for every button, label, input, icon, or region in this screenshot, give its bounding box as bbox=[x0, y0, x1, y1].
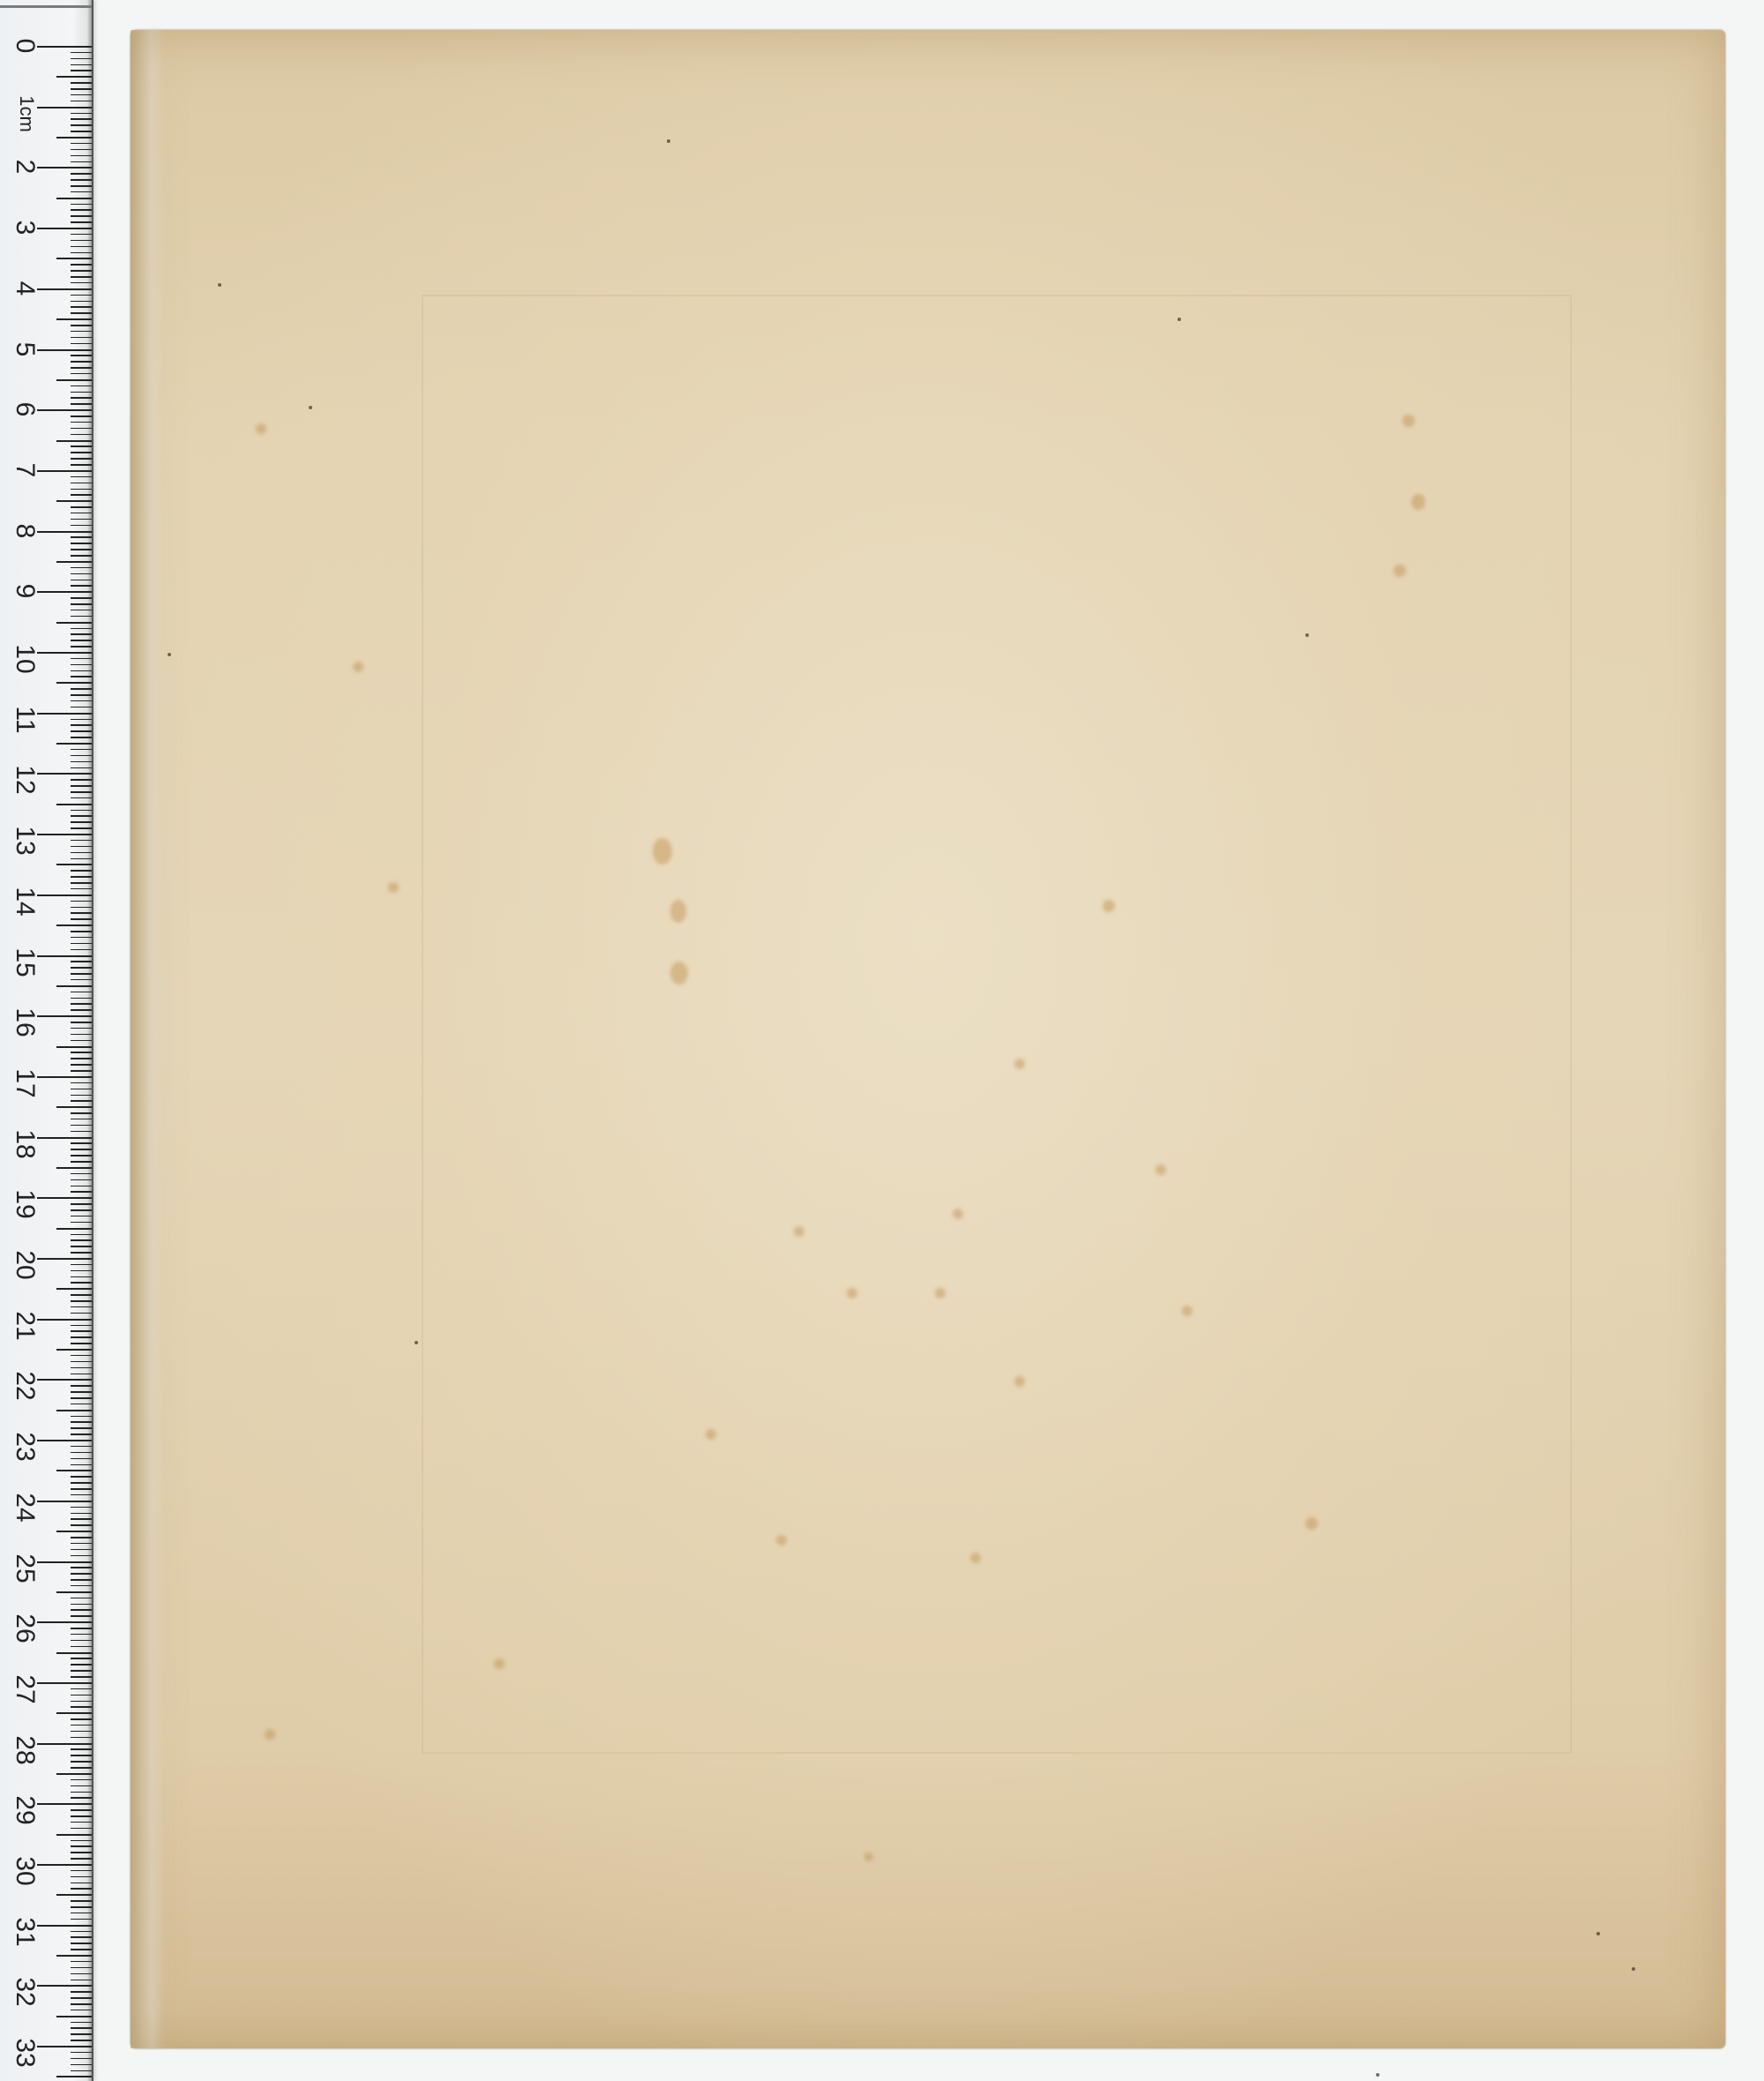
ruler-tick bbox=[71, 1936, 92, 1938]
ruler-tick bbox=[71, 536, 92, 538]
ruler-tick bbox=[71, 1125, 92, 1127]
ruler-tick bbox=[71, 1852, 92, 1853]
ruler-tick bbox=[37, 1682, 92, 1684]
ruler-tick bbox=[71, 1628, 92, 1629]
ruler-tick bbox=[56, 2076, 92, 2077]
ruler-tick bbox=[71, 840, 92, 842]
ruler-tick bbox=[37, 288, 92, 290]
ruler-tick bbox=[71, 204, 92, 206]
ruler-tick bbox=[71, 1089, 92, 1090]
ruler-tick bbox=[71, 1385, 92, 1387]
ruler-tick bbox=[71, 1336, 92, 1338]
ruler-label: 29 bbox=[11, 1793, 38, 1828]
ruler-tick bbox=[71, 173, 92, 175]
ruler-tick bbox=[71, 1446, 92, 1448]
ruler-tick bbox=[71, 506, 92, 508]
foxing-spot bbox=[1305, 1517, 1318, 1530]
ruler-tick bbox=[56, 1349, 92, 1351]
foxing-spot bbox=[653, 838, 672, 865]
ruler-tick bbox=[71, 519, 92, 520]
ruler-tick bbox=[71, 1688, 92, 1690]
ruler-label: 23 bbox=[11, 1429, 38, 1464]
ruler-tick bbox=[71, 1567, 92, 1568]
speck bbox=[1596, 1932, 1600, 1935]
ruler-label: 3 bbox=[11, 210, 38, 245]
ruler-tick bbox=[71, 52, 92, 54]
ruler-tick bbox=[71, 1706, 92, 1708]
ruler-tick bbox=[71, 1343, 92, 1344]
ruler-tick bbox=[71, 1913, 92, 1914]
ruler-tick bbox=[71, 1513, 92, 1515]
ruler-tick bbox=[71, 628, 92, 630]
ruler-tick bbox=[37, 1985, 92, 1987]
ruler-tick bbox=[71, 1421, 92, 1423]
ruler-label: 0 bbox=[11, 28, 38, 64]
ruler-tick bbox=[71, 234, 92, 236]
ruler-tick bbox=[71, 131, 92, 132]
ruler-tick bbox=[71, 1755, 92, 1756]
ruler-tick bbox=[71, 1155, 92, 1157]
ruler-tick bbox=[71, 616, 92, 618]
ruler-tick bbox=[71, 1537, 92, 1538]
ruler-tick bbox=[71, 1518, 92, 1520]
foxing-spot bbox=[353, 662, 363, 672]
ruler-tick bbox=[71, 82, 92, 84]
speck bbox=[1305, 633, 1309, 637]
foxing-spot bbox=[935, 1288, 946, 1299]
ruler-tick bbox=[37, 531, 92, 533]
ruler-tick bbox=[71, 1664, 92, 1666]
ruler-tick bbox=[56, 1288, 92, 1290]
ruler-tick bbox=[71, 2022, 92, 2024]
ruler-tick bbox=[71, 907, 92, 909]
ruler-label: 27 bbox=[11, 1672, 38, 1707]
ruler-tick bbox=[71, 1967, 92, 1969]
ruler-tick bbox=[71, 1052, 92, 1053]
ruler-label: 8 bbox=[11, 513, 38, 549]
ruler-tick bbox=[71, 1416, 92, 1418]
ruler-tick bbox=[71, 458, 92, 460]
ruler-tick bbox=[71, 295, 92, 296]
ruler-tick bbox=[71, 1609, 92, 1611]
ruler-tick bbox=[71, 1100, 92, 1102]
ruler-label: 12 bbox=[11, 762, 38, 797]
speck bbox=[1632, 1967, 1635, 1971]
ruler-tick bbox=[71, 331, 92, 333]
ruler-tick bbox=[71, 1404, 92, 1405]
ruler-tick bbox=[56, 1228, 92, 1230]
ruler-tick bbox=[37, 652, 92, 654]
ruler-tick bbox=[71, 513, 92, 514]
ruler-tick bbox=[71, 1234, 92, 1236]
ruler-tick bbox=[37, 1379, 92, 1381]
foxing-spot bbox=[1402, 415, 1415, 427]
ruler-tick bbox=[71, 1058, 92, 1059]
ruler-tick bbox=[56, 1712, 92, 1714]
ruler-tick bbox=[71, 1876, 92, 1878]
ruler-tick bbox=[37, 1197, 92, 1199]
ruler-tick bbox=[71, 2058, 92, 2060]
ruler-tick bbox=[71, 445, 92, 447]
ruler-tick bbox=[71, 1767, 92, 1769]
foxing-spot bbox=[1394, 565, 1406, 577]
ruler-label: 22 bbox=[11, 1368, 38, 1404]
ruler-tick bbox=[71, 191, 92, 193]
ruler-tick bbox=[56, 76, 92, 78]
ruler-tick bbox=[71, 870, 92, 872]
ruler-tick bbox=[71, 1325, 92, 1327]
ruler-tick bbox=[71, 306, 92, 308]
speck bbox=[415, 1341, 418, 1344]
foxing-spot bbox=[1411, 494, 1425, 510]
ruler-tick bbox=[71, 373, 92, 375]
ruler-tick bbox=[71, 58, 92, 60]
ruler-tick bbox=[71, 670, 92, 672]
ruler-tick bbox=[71, 961, 92, 962]
foxing-spot bbox=[1014, 1376, 1025, 1387]
ruler-tick bbox=[37, 955, 92, 957]
ruler-tick bbox=[71, 912, 92, 914]
ruler-tick bbox=[71, 1294, 92, 1296]
ruler-tick bbox=[71, 646, 92, 648]
ruler-tick bbox=[71, 688, 92, 690]
ruler-tick bbox=[37, 1137, 92, 1139]
ruler-tick bbox=[71, 761, 92, 763]
ruler-tick bbox=[71, 737, 92, 738]
ruler-label: 30 bbox=[11, 1853, 38, 1889]
ruler-label: 18 bbox=[11, 1127, 38, 1162]
foxing-spot bbox=[256, 423, 266, 434]
ruler-tick bbox=[71, 1082, 92, 1084]
ruler-tick bbox=[71, 567, 92, 569]
ruler-tick bbox=[71, 1186, 92, 1187]
ruler-tick bbox=[71, 937, 92, 939]
ruler-tick bbox=[71, 337, 92, 339]
ruler-tick bbox=[71, 694, 92, 696]
ruler-tick bbox=[71, 549, 92, 550]
ruler-tick bbox=[37, 1925, 92, 1927]
ruler-tick bbox=[71, 276, 92, 278]
ruler-tick bbox=[71, 1961, 92, 1963]
ruler-tick bbox=[71, 730, 92, 732]
ruler-tick bbox=[37, 228, 92, 229]
ruler-tick bbox=[71, 1161, 92, 1163]
ruler-tick bbox=[71, 1858, 92, 1860]
ruler-tick bbox=[71, 88, 92, 90]
ruler-tick bbox=[37, 1621, 92, 1623]
ruler-tick bbox=[37, 167, 92, 168]
ruler-tick bbox=[71, 918, 92, 920]
ruler-tick bbox=[71, 1718, 92, 1720]
ruler-tick bbox=[56, 804, 92, 805]
ruler-tick bbox=[71, 1640, 92, 1642]
speck bbox=[667, 139, 670, 143]
ruler-tick bbox=[71, 1300, 92, 1302]
ruler-tick bbox=[71, 367, 92, 369]
ruler-label: 31 bbox=[11, 1914, 38, 1950]
ruler-tick bbox=[71, 312, 92, 314]
ruler-tick bbox=[71, 221, 92, 223]
ruler-tick bbox=[71, 1845, 92, 1847]
ruler-tick bbox=[71, 603, 92, 605]
ruler-tick bbox=[71, 1028, 92, 1029]
ruler-tick bbox=[71, 1797, 92, 1799]
ruler-tick bbox=[71, 70, 92, 71]
ruler-tick bbox=[71, 355, 92, 356]
ruler-tick bbox=[71, 2064, 92, 2066]
ruler-tick bbox=[71, 415, 92, 417]
ruler-label: 14 bbox=[11, 884, 38, 919]
ruler-tick bbox=[71, 1761, 92, 1763]
ruler-tick bbox=[71, 483, 92, 484]
ruler-tick bbox=[37, 1501, 92, 1502]
ruler-tick bbox=[37, 773, 92, 775]
ruler-tick bbox=[71, 428, 92, 430]
ruler-tick bbox=[56, 2016, 92, 2017]
ruler-tick bbox=[56, 1652, 92, 1654]
ruler-tick bbox=[71, 118, 92, 120]
ruler-tick bbox=[71, 215, 92, 217]
ruler-tick bbox=[71, 1433, 92, 1435]
ruler-label: 26 bbox=[11, 1611, 38, 1646]
ruler-tick bbox=[71, 1367, 92, 1369]
ruler-tick bbox=[56, 1410, 92, 1411]
ruler-tick bbox=[71, 1306, 92, 1308]
ruler-tick bbox=[71, 392, 92, 393]
ruler-tick bbox=[71, 2027, 92, 2029]
ruler-tick bbox=[71, 1040, 92, 1042]
ruler-tick bbox=[71, 1488, 92, 1490]
ruler-tick bbox=[71, 525, 92, 527]
ruler-label: 32 bbox=[11, 1974, 38, 2010]
ruler-tick bbox=[71, 749, 92, 751]
speck bbox=[1177, 318, 1181, 321]
show-through-plate-mark bbox=[422, 295, 1572, 1754]
ruler-tick bbox=[71, 1615, 92, 1617]
ruler-tick bbox=[71, 1270, 92, 1272]
ruler-tick bbox=[71, 2010, 92, 2011]
ruler-label: 20 bbox=[11, 1247, 38, 1283]
ruler-tick bbox=[71, 1888, 92, 1890]
ruler-tick bbox=[71, 161, 92, 163]
ruler-tick bbox=[71, 992, 92, 993]
foxing-spot bbox=[265, 1729, 275, 1740]
ruler-tick bbox=[71, 2052, 92, 2054]
ruler-label: 1cm bbox=[13, 87, 40, 140]
ruler-tick bbox=[71, 1458, 92, 1460]
ruler-tick bbox=[71, 1452, 92, 1454]
ruler-tick bbox=[71, 1543, 92, 1545]
ruler-tick bbox=[71, 658, 92, 660]
foxing-spot bbox=[494, 1658, 505, 1669]
ruler-tick bbox=[56, 198, 92, 199]
ruler-tick bbox=[56, 440, 92, 442]
ruler-tick bbox=[37, 591, 92, 593]
ruler-label: 2 bbox=[11, 149, 38, 184]
foxing-spot bbox=[1182, 1306, 1192, 1316]
ruler-label: 16 bbox=[11, 1005, 38, 1040]
ruler-tick bbox=[71, 888, 92, 890]
ruler-tick bbox=[71, 724, 92, 726]
ruler-tick bbox=[71, 452, 92, 453]
ruler-tick bbox=[71, 209, 92, 211]
ruler-tick bbox=[71, 1034, 92, 1036]
ruler-label: 6 bbox=[11, 392, 38, 427]
ruler-tick bbox=[71, 1792, 92, 1793]
ruler-tick bbox=[71, 1203, 92, 1205]
ruler-tick bbox=[71, 876, 92, 878]
ruler-tick bbox=[37, 1076, 92, 1078]
ruler-tick bbox=[56, 743, 92, 745]
foxing-spot bbox=[670, 900, 686, 923]
ruler-tick bbox=[71, 755, 92, 757]
ruler-tick bbox=[71, 1573, 92, 1575]
ruler-tick bbox=[56, 1894, 92, 1896]
ruler-tick bbox=[56, 1591, 92, 1593]
ruler-tick bbox=[71, 301, 92, 303]
ruler-tick bbox=[71, 555, 92, 557]
ruler-tick bbox=[71, 1524, 92, 1526]
ruler-tick bbox=[71, 1828, 92, 1830]
ruler-tick bbox=[71, 1900, 92, 1902]
speck bbox=[218, 283, 221, 287]
ruler-tick bbox=[71, 640, 92, 641]
ruler-tick bbox=[71, 1997, 92, 1999]
foxing-spot bbox=[953, 1209, 963, 1219]
ruler-tick bbox=[71, 931, 92, 932]
ruler-tick bbox=[71, 361, 92, 363]
ruler-tick bbox=[37, 470, 92, 472]
ruler-tick bbox=[71, 2033, 92, 2035]
ruler-tick bbox=[71, 1209, 92, 1211]
ruler-tick bbox=[71, 779, 92, 781]
ruler-tick bbox=[71, 810, 92, 812]
ruler-tick bbox=[71, 1973, 92, 1975]
ruler-tick bbox=[71, 1149, 92, 1150]
ruler-tick bbox=[71, 852, 92, 854]
ruler-tick bbox=[71, 2040, 92, 2041]
ruler-tick bbox=[71, 979, 92, 981]
ruler-tick bbox=[71, 434, 92, 436]
ruler-tick bbox=[71, 1276, 92, 1278]
ruler-tick bbox=[71, 1264, 92, 1266]
ruler-tick bbox=[71, 973, 92, 975]
ruler-tick bbox=[56, 924, 92, 926]
ruler-tick bbox=[56, 864, 92, 865]
ruler-tick bbox=[71, 597, 92, 599]
ruler-tick bbox=[71, 343, 92, 345]
ruler-tick bbox=[71, 1507, 92, 1508]
speck bbox=[309, 406, 312, 409]
ruler-tick bbox=[71, 1313, 92, 1314]
ruler-tick bbox=[37, 1743, 92, 1745]
ruler-tick bbox=[71, 1119, 92, 1120]
ruler-tick bbox=[71, 827, 92, 829]
ruler-tick bbox=[71, 246, 92, 248]
ruler-tick bbox=[71, 1361, 92, 1363]
ruler-tick bbox=[71, 1991, 92, 1993]
ruler-tick bbox=[71, 580, 92, 581]
ruler-tick bbox=[71, 124, 92, 126]
ruler-tick bbox=[37, 1015, 92, 1017]
ruler-tick bbox=[71, 1949, 92, 1950]
ruler-tick bbox=[37, 713, 92, 715]
ruler-tick bbox=[71, 2003, 92, 2005]
foxing-spot bbox=[794, 1226, 804, 1237]
foxing-spot bbox=[776, 1535, 787, 1546]
ruler-tick bbox=[56, 1773, 92, 1775]
ruler-tick bbox=[71, 943, 92, 945]
ruler-tick bbox=[56, 318, 92, 320]
ruler-tick bbox=[71, 1330, 92, 1332]
ruler-tick bbox=[71, 949, 92, 951]
ruler-tick bbox=[71, 155, 92, 157]
ruler-tick bbox=[71, 1785, 92, 1787]
ruler-tick bbox=[37, 1319, 92, 1321]
ruler-tick bbox=[71, 94, 92, 96]
ruler-label: 21 bbox=[11, 1308, 38, 1344]
ruler-tick bbox=[71, 464, 92, 466]
ruler-top-edge bbox=[0, 5, 92, 8]
ruler-tick bbox=[37, 1864, 92, 1866]
ruler-tick bbox=[71, 767, 92, 769]
ruler-tick bbox=[71, 700, 92, 702]
foxing-spot bbox=[1102, 900, 1115, 912]
foxing-spot bbox=[388, 882, 399, 893]
ruler-tick bbox=[71, 264, 92, 266]
ruler-tick bbox=[37, 1803, 92, 1805]
ruler-tick bbox=[71, 1731, 92, 1733]
foxing-spot bbox=[1155, 1164, 1166, 1175]
ruler-tick bbox=[71, 785, 92, 787]
ruler-tick bbox=[71, 185, 92, 187]
ruler-tick bbox=[56, 1834, 92, 1836]
ruler-tick bbox=[71, 707, 92, 708]
ruler-tick bbox=[71, 1391, 92, 1393]
ruler-tick bbox=[71, 1822, 92, 1823]
ruler-tick bbox=[71, 1482, 92, 1484]
ruler-tick bbox=[56, 622, 92, 624]
ruler-tick bbox=[71, 1646, 92, 1648]
ruler-tick bbox=[71, 1476, 92, 1478]
ruler-tick bbox=[71, 1676, 92, 1678]
ruler-tick bbox=[71, 386, 92, 387]
ruler-tick bbox=[56, 379, 92, 381]
ruler-tick bbox=[37, 2046, 92, 2047]
ruler-tick bbox=[71, 1397, 92, 1399]
ruler-label: 7 bbox=[11, 453, 38, 488]
ruler-tick bbox=[71, 1883, 92, 1884]
ruler-tick bbox=[71, 664, 92, 666]
ruler-tick bbox=[71, 1585, 92, 1587]
ruler-tick bbox=[56, 1470, 92, 1471]
ruler-tick bbox=[37, 409, 92, 411]
ruler-tick bbox=[71, 676, 92, 677]
measuring-ruler: 01cm234567891011121314151617181920212223… bbox=[0, 0, 93, 2081]
ruler-label: 10 bbox=[11, 641, 38, 677]
ruler-tick bbox=[71, 1670, 92, 1672]
ruler-tick bbox=[56, 258, 92, 259]
ruler-tick bbox=[71, 791, 92, 793]
ruler-tick bbox=[71, 1070, 92, 1072]
ruler-tick bbox=[71, 1555, 92, 1557]
ruler-tick bbox=[71, 797, 92, 799]
ruler-tick bbox=[71, 1282, 92, 1284]
foxing-spot bbox=[670, 962, 688, 984]
ruler-tick bbox=[56, 561, 92, 563]
ruler-tick bbox=[71, 1748, 92, 1750]
ruler-tick bbox=[71, 1022, 92, 1023]
